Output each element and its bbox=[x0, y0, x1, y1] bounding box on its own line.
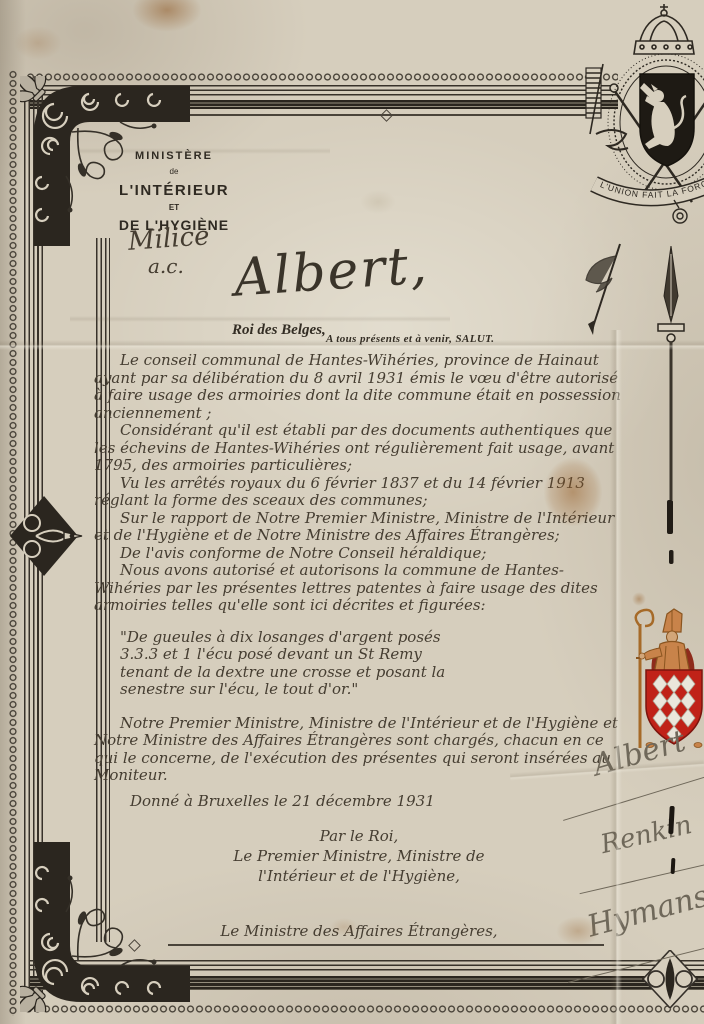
bishop-icon bbox=[639, 609, 694, 678]
paper-stain bbox=[632, 592, 646, 606]
paragraph-vu: Vu les arrêtés royaux du 6 février 1837 … bbox=[94, 475, 624, 510]
paper-slit bbox=[671, 858, 676, 874]
foreign-minister-line: Le Ministre des Affaires Étrangères, bbox=[199, 922, 519, 940]
palmette-ornament-left bbox=[2, 494, 86, 578]
annotation-ac: a.c. bbox=[148, 254, 184, 278]
closing-block: Par le Roi, Le Premier Ministre, Ministr… bbox=[209, 826, 509, 886]
palmette-ornament-bottom bbox=[642, 950, 698, 1008]
pennant-icon bbox=[586, 244, 620, 335]
par-le-roi: Par le Roi, bbox=[209, 826, 509, 846]
king-title: Roi des Belges, bbox=[232, 322, 326, 339]
paragraph-avis: De l'avis conforme de Notre Conseil héra… bbox=[94, 545, 624, 563]
paragraph-autorisation: Nous avons autorisé et autorisons la com… bbox=[94, 562, 624, 615]
king-name: Albert, bbox=[232, 235, 430, 308]
document-page: L'UNION FAIT LA FORCE bbox=[0, 0, 704, 1024]
premier-ministre-line: Le Premier Ministre, Ministre de l'Intér… bbox=[209, 846, 509, 886]
ministry-line-1: MINISTÈRE bbox=[104, 150, 244, 162]
paper-stain bbox=[132, 0, 202, 32]
paper-stain bbox=[14, 26, 62, 60]
ministry-header: MINISTÈRE de L'INTÉRIEUR ET DE L'HYGIÈNE bbox=[104, 150, 244, 233]
spear-ornament bbox=[650, 246, 690, 568]
crown-icon bbox=[634, 4, 694, 54]
letter-body: Le conseil communal de Hantes-Wihéries, … bbox=[94, 352, 624, 940]
ministry-line-3: L'INTÉRIEUR bbox=[104, 182, 244, 199]
annotation-milice: Milice bbox=[127, 221, 210, 257]
dateline: Donné à Bruxelles le 21 décembre 1931 bbox=[130, 793, 624, 811]
ministry-line-4: ET bbox=[104, 203, 244, 212]
paragraph-deliberation: Le conseil communal de Hantes-Wihéries, … bbox=[94, 352, 624, 422]
border-inner-line-bottom bbox=[168, 944, 604, 946]
ministry-line-2: de bbox=[104, 167, 244, 176]
paragraph-considerant: Considérant qu'il est établi par des doc… bbox=[94, 422, 624, 475]
border-accent-top bbox=[380, 109, 393, 122]
flag-icon bbox=[586, 64, 603, 134]
blazon-text: "De gueules à dix losanges d'argent posé… bbox=[120, 629, 450, 699]
paragraph-rapport: Sur le rapport de Notre Premier Ministre… bbox=[94, 510, 624, 545]
salutation: A tous présents et à venir, SALUT. bbox=[326, 333, 494, 345]
paper-stain bbox=[360, 190, 396, 214]
paragraph-execution: Notre Premier Ministre, Ministre de l'In… bbox=[94, 715, 624, 785]
